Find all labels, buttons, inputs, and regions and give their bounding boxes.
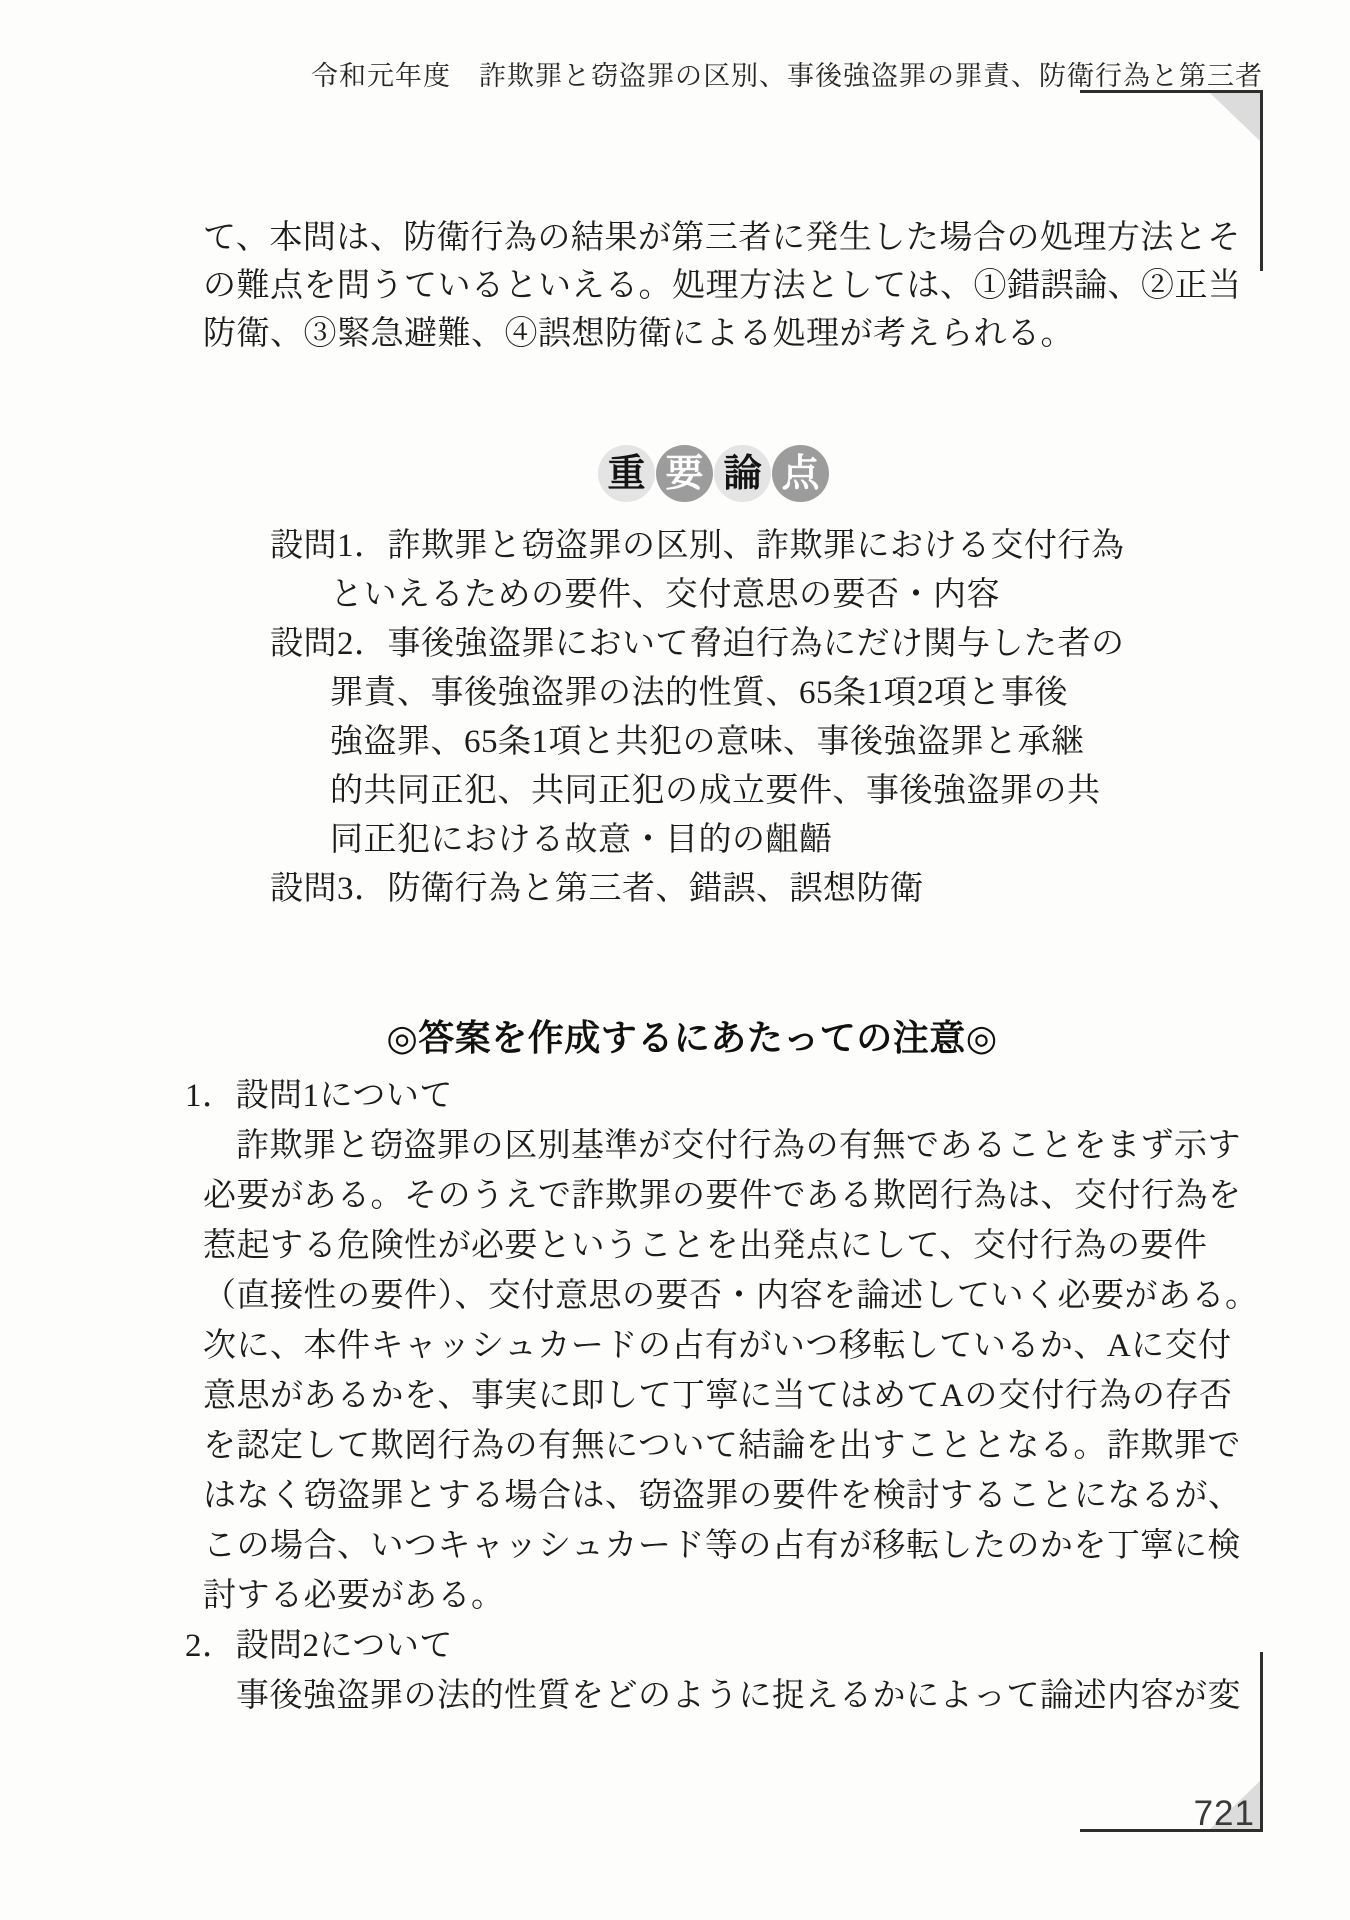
text-line: 詐欺罪と窃盗罪の区別基準が交付行為の有無であることをまず示す xyxy=(236,1128,1241,1166)
text-line: の難点を問うているといえる。処理方法としては、①錯誤論、②正当 xyxy=(203,268,1242,306)
text-line: 設問3．防衛行為と第三者、錯誤、誤想防衛 xyxy=(270,871,924,909)
key-point-badge: 重 xyxy=(598,445,655,502)
text-line: 2．設問2について xyxy=(185,1628,453,1666)
text-line: を認定して欺罔行為の有無について結論を出すこととなる。詐欺罪で xyxy=(203,1428,1241,1466)
notes-heading: ◎答案を作成するにあたっての注意◎ xyxy=(0,1010,1350,1061)
key-points-badges: 重要論点 xyxy=(598,445,829,502)
text-line: 次に、本件キャッシュカードの占有がいつ移転しているか、Aに交付 xyxy=(203,1328,1232,1366)
corner-triangle-icon xyxy=(1210,93,1260,141)
text-line: 設問2．事後強盗罪において脅迫行為にだけ関与した者の xyxy=(270,626,1125,664)
text-line: はなく窃盗罪とする場合は、窃盗罪の要件を検討することになるが、 xyxy=(203,1478,1242,1516)
text-line: 強盗罪、65条1項と共犯の意味、事後強盗罪と承継 xyxy=(330,724,1085,762)
text-line: 討する必要がある。 xyxy=(203,1578,505,1616)
text-line: て、本問は、防衛行為の結果が第三者に発生した場合の処理方法とそ xyxy=(203,220,1241,258)
text-line: 罪責、事後強盗罪の法的性質、65条1項2項と事後 xyxy=(330,675,1068,713)
text-line: 1．設問1について xyxy=(185,1078,453,1116)
text-line: この場合、いつキャッシュカード等の占有が移転したのかを丁寧に検 xyxy=(203,1528,1241,1566)
text-line: といえるための要件、交付意思の要否・内容 xyxy=(330,577,1000,615)
book-page: 令和元年度 詐欺罪と窃盗罪の区別、事後強盗罪の罪責、防衛行為と第三者 て、本問は… xyxy=(0,0,1350,1920)
text-line: 的共同正犯、共同正犯の成立要件、事後強盗罪の共 xyxy=(330,773,1101,811)
text-line: 必要がある。そのうえで詐欺罪の要件である欺罔行為は、交付行為を xyxy=(203,1178,1242,1216)
key-point-badge: 要 xyxy=(656,445,713,502)
text-line: 防衛、③緊急避難、④誤想防衛による処理が考えられる。 xyxy=(203,316,1074,354)
text-line: 設問1．詐欺罪と窃盗罪の区別、詐欺罪における交付行為 xyxy=(270,528,1125,566)
page-number: 721 xyxy=(1194,1794,1255,1834)
text-line: 惹起する危険性が必要ということを出発点にして、交付行為の要件 xyxy=(203,1228,1207,1266)
text-line: 同正犯における故意・目的の齟齬 xyxy=(330,822,833,860)
text-line: （直接性の要件）、交付意思の要否・内容を論述していく必要がある。 xyxy=(203,1278,1259,1316)
key-point-badge: 論 xyxy=(714,445,771,502)
key-point-badge: 点 xyxy=(772,445,829,502)
text-line: 意思があるかを、事実に即して丁寧に当てはめてAの交付行為の存否 xyxy=(203,1378,1232,1416)
running-header: 令和元年度 詐欺罪と窃盗罪の区別、事後強盗罪の罪責、防衛行為と第三者 xyxy=(311,54,1263,93)
